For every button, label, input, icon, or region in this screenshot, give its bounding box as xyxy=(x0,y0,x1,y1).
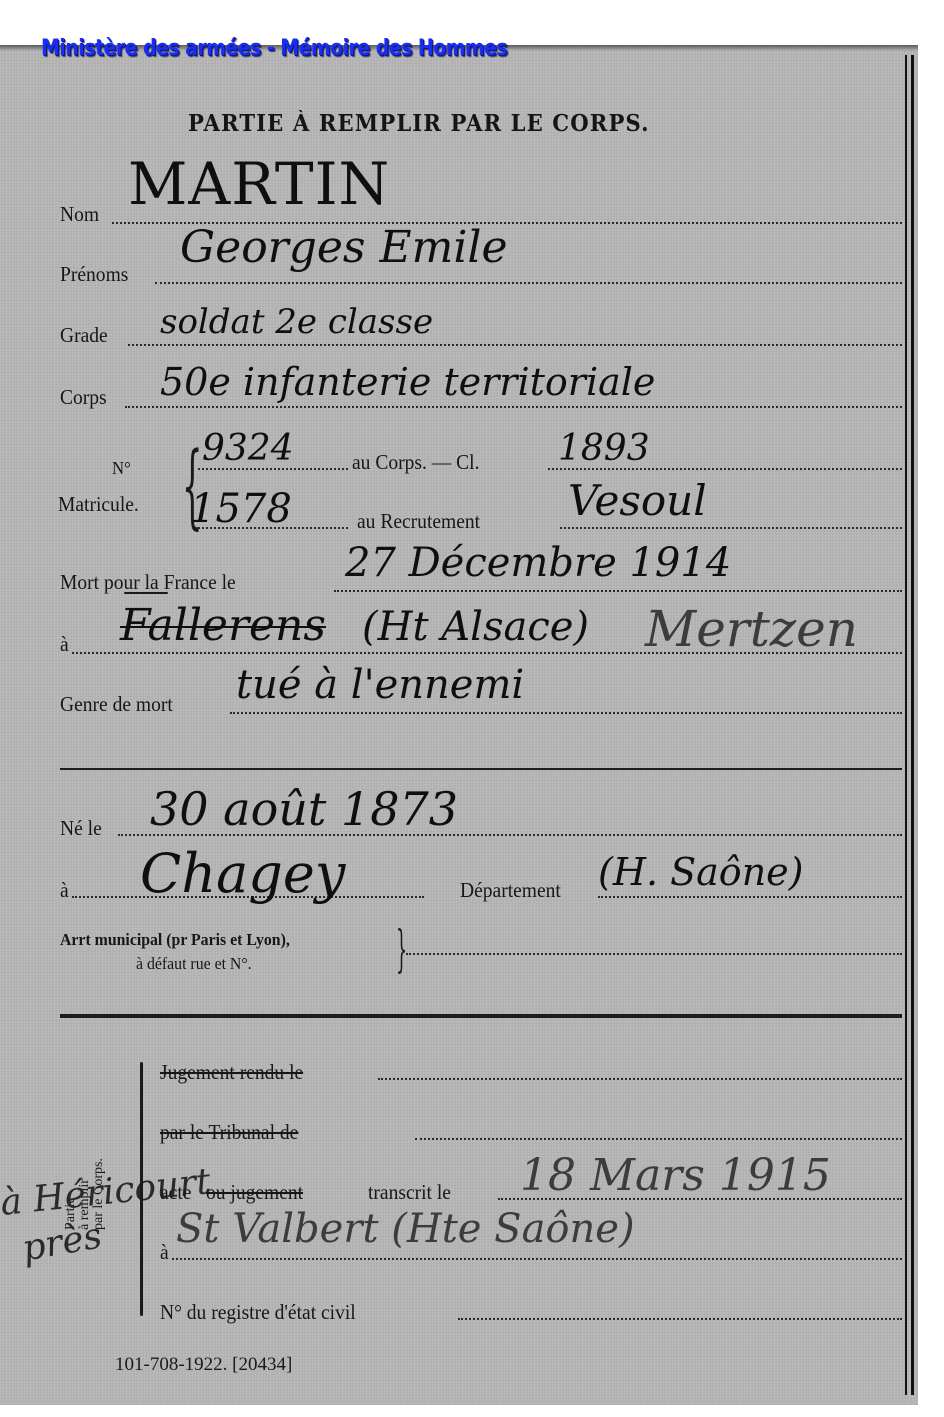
grade-label: Grade xyxy=(60,323,108,348)
tribunal-label: par le Tribunal de xyxy=(160,1120,298,1145)
archive-watermark: Ministère des armées - Mémoire des Homme… xyxy=(41,36,507,61)
nom-label: Nom xyxy=(60,202,99,227)
transcrit-label-struck: ou jugement xyxy=(206,1180,303,1205)
tribunal-line xyxy=(415,1138,902,1140)
separator-1 xyxy=(60,768,902,770)
transcrit-place-value: St Valbert (Hte Saône) xyxy=(176,1206,635,1252)
right-border-rule xyxy=(905,55,907,1395)
prenoms-value: Georges Emile xyxy=(180,222,508,273)
genre-mort-line xyxy=(230,712,902,714)
mort-date-value: 27 Décembre 1914 xyxy=(345,540,731,586)
transcrit-place-line xyxy=(172,1258,902,1260)
form-print-code: 101-708-1922. [20434] xyxy=(115,1354,292,1376)
arrondissement-label-2: à défaut rue et N°. xyxy=(136,954,252,974)
prenoms-line xyxy=(155,282,902,284)
departement-label: Département xyxy=(460,878,561,903)
matricule-label: Matricule. xyxy=(58,492,139,517)
lieu-naissance-label: à xyxy=(60,878,69,903)
au-recrutement-label-text: au Recrutement xyxy=(357,509,480,534)
separator-2 xyxy=(60,1014,902,1018)
recrutement-place-line xyxy=(560,527,902,529)
genre-mort-label: Genre de mort xyxy=(60,692,173,717)
arrondissement-label-1: Arrt municipal (pr Paris et Lyon), xyxy=(60,930,290,950)
registre-label: N° du registre d'état civil xyxy=(160,1300,356,1325)
mort-line xyxy=(334,590,902,592)
arrondissement-line xyxy=(406,953,902,955)
corps-line xyxy=(125,406,902,408)
recrutement-number-value: 1578 xyxy=(190,486,292,532)
transcrit-label-suffix: transcrit le xyxy=(368,1180,451,1205)
ne-le-value: 30 août 1873 xyxy=(150,782,458,836)
corps-label: Corps xyxy=(60,385,107,410)
genre-mort-value: tué à l'ennemi xyxy=(236,662,524,708)
lieu-mort-region: (Ht Alsace) xyxy=(362,604,589,650)
jugement-rendu-line xyxy=(378,1078,902,1080)
transcrit-label-prefix: acte xyxy=(160,1180,191,1205)
pour-underline xyxy=(124,592,168,594)
classe-value: 1893 xyxy=(558,428,650,469)
corps-number-value: 9324 xyxy=(202,428,294,469)
arrondissement-brace: } xyxy=(396,924,407,974)
departement-value: (H. Saône) xyxy=(598,850,803,894)
au-corps-label: au Corps. — Cl. xyxy=(352,450,479,475)
registre-line xyxy=(458,1318,902,1320)
lieu-naissance-value: Chagey xyxy=(140,842,345,905)
form-heading: PARTIE À REMPLIR PAR LE CORPS. xyxy=(188,110,650,137)
departement-line xyxy=(598,896,902,898)
ne-le-label: Né le xyxy=(60,816,102,841)
matricule-label-no: N° xyxy=(112,458,131,479)
transcrit-date-value: 18 Mars 1915 xyxy=(520,1150,831,1201)
jugement-brace xyxy=(140,1062,143,1316)
grade-value: soldat 2e classe xyxy=(160,302,433,342)
grade-line xyxy=(128,344,902,346)
prenoms-label: Prénoms xyxy=(60,262,128,287)
lieu-mort-struck-value: Fallerens xyxy=(120,600,326,651)
jugement-rendu-label: Jugement rendu le xyxy=(160,1060,303,1085)
transcrit-place-label: à xyxy=(160,1240,169,1265)
nom-value: MARTIN xyxy=(128,150,390,218)
corps-value: 50e infanterie territoriale xyxy=(160,360,655,404)
lieu-mort-label: à xyxy=(60,632,69,657)
lieu-mort-correction: Mertzen xyxy=(645,600,858,658)
recrutement-place-value: Vesoul xyxy=(568,476,707,525)
right-border-rule-double xyxy=(911,55,914,1395)
